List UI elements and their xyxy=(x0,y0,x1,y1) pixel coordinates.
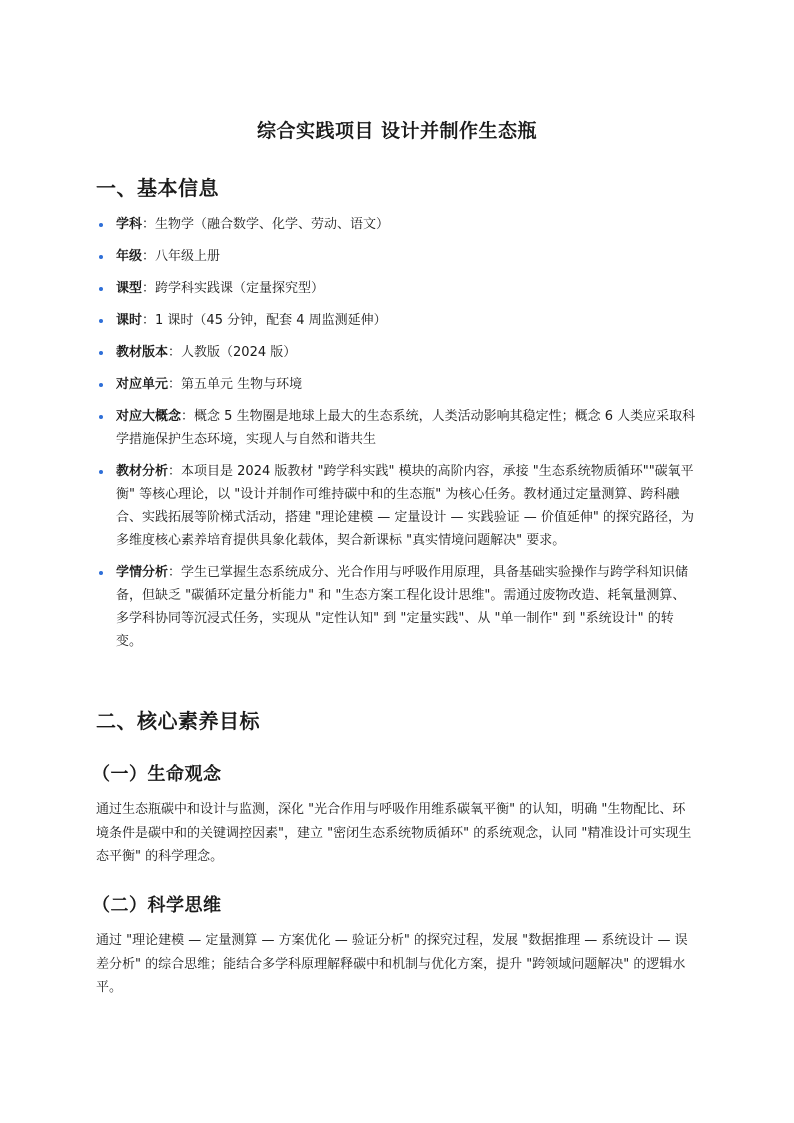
section-heading-basic-info: 一、基本信息 xyxy=(96,172,219,201)
item-value: 第五单元 生物与环境 xyxy=(181,377,302,392)
bullet-icon xyxy=(99,383,103,387)
item-label: 对应大概念 xyxy=(116,409,181,424)
item-label: 学科 xyxy=(116,217,142,232)
bullet-icon xyxy=(99,319,103,323)
item-sep: ： xyxy=(168,377,181,392)
item-value: 跨学科实践课（定量探究型） xyxy=(155,281,324,296)
item-label: 年级 xyxy=(116,249,142,264)
item-label: 教材版本 xyxy=(116,345,168,360)
item-label: 学情分析 xyxy=(116,565,168,580)
item-label: 对应单元 xyxy=(116,377,168,392)
item-sep: ： xyxy=(181,409,194,424)
list-item: 学情分析：学生已掌握生态系统成分、光合作用与呼吸作用原理，具备基础实验操作与跨学… xyxy=(96,561,698,653)
list-item: 教材版本：人教版（2024 版） xyxy=(96,341,698,364)
list-item: 对应单元：第五单元 生物与环境 xyxy=(96,373,698,396)
list-item: 年级：八年级上册 xyxy=(96,245,698,268)
item-label: 教材分析 xyxy=(116,464,168,479)
list-item: 课时：1 课时（45 分钟，配套 4 周监测延伸） xyxy=(96,309,698,332)
item-value: 概念 5 生物圈是地球上最大的生态系统，人类活动影响其稳定性；概念 6 人类应采… xyxy=(116,409,695,447)
bullet-icon xyxy=(99,571,103,575)
item-sep: ： xyxy=(142,217,155,232)
bullet-icon xyxy=(99,415,103,419)
item-value: 本项目是 2024 版教材 "跨学科实践" 模块的高阶内容，承接 "生态系统物质… xyxy=(116,464,694,548)
item-sep: ： xyxy=(142,313,155,328)
bullet-icon xyxy=(99,223,103,227)
list-item: 课型：跨学科实践课（定量探究型） xyxy=(96,277,698,300)
subsection-heading-scientific-thinking: （二）科学思维 xyxy=(92,891,222,917)
item-sep: ： xyxy=(142,281,155,296)
item-label: 课型 xyxy=(116,281,142,296)
bullet-icon xyxy=(99,287,103,291)
item-sep: ： xyxy=(168,345,181,360)
item-value: 人教版（2024 版） xyxy=(181,345,296,360)
item-sep: ： xyxy=(168,464,181,479)
subsection-heading-life-concept: （一）生命观念 xyxy=(92,760,222,786)
bullet-icon xyxy=(99,470,103,474)
item-value: 生物学（融合数学、化学、劳动、语文） xyxy=(155,217,389,232)
bullet-icon xyxy=(99,351,103,355)
list-item: 教材分析：本项目是 2024 版教材 "跨学科实践" 模块的高阶内容，承接 "生… xyxy=(96,460,698,552)
basic-info-list: 学科：生物学（融合数学、化学、劳动、语文） 年级：八年级上册 课型：跨学科实践课… xyxy=(96,213,698,662)
life-concept-paragraph: 通过生态瓶碳中和设计与监测，深化 "光合作用与呼吸作用维系碳氧平衡" 的认知，明… xyxy=(96,798,698,869)
item-label: 课时 xyxy=(116,313,142,328)
item-sep: ： xyxy=(168,565,181,580)
section-heading-core-goals: 二、核心素养目标 xyxy=(96,705,260,734)
item-value: 学生已掌握生态系统成分、光合作用与呼吸作用原理，具备基础实验操作与跨学科知识储备… xyxy=(116,565,688,649)
document-title: 综合实践项目 设计并制作生态瓶 xyxy=(96,116,698,143)
bullet-icon xyxy=(99,255,103,259)
list-item: 学科：生物学（融合数学、化学、劳动、语文） xyxy=(96,213,698,236)
list-item: 对应大概念：概念 5 生物圈是地球上最大的生态系统，人类活动影响其稳定性；概念 … xyxy=(96,405,698,451)
scientific-thinking-paragraph: 通过 "理论建模 — 定量测算 — 方案优化 — 验证分析" 的探究过程，发展 … xyxy=(96,929,698,1000)
item-sep: ： xyxy=(142,249,155,264)
item-value: 八年级上册 xyxy=(155,249,220,264)
item-value: 1 课时（45 分钟，配套 4 周监测延伸） xyxy=(155,313,387,328)
